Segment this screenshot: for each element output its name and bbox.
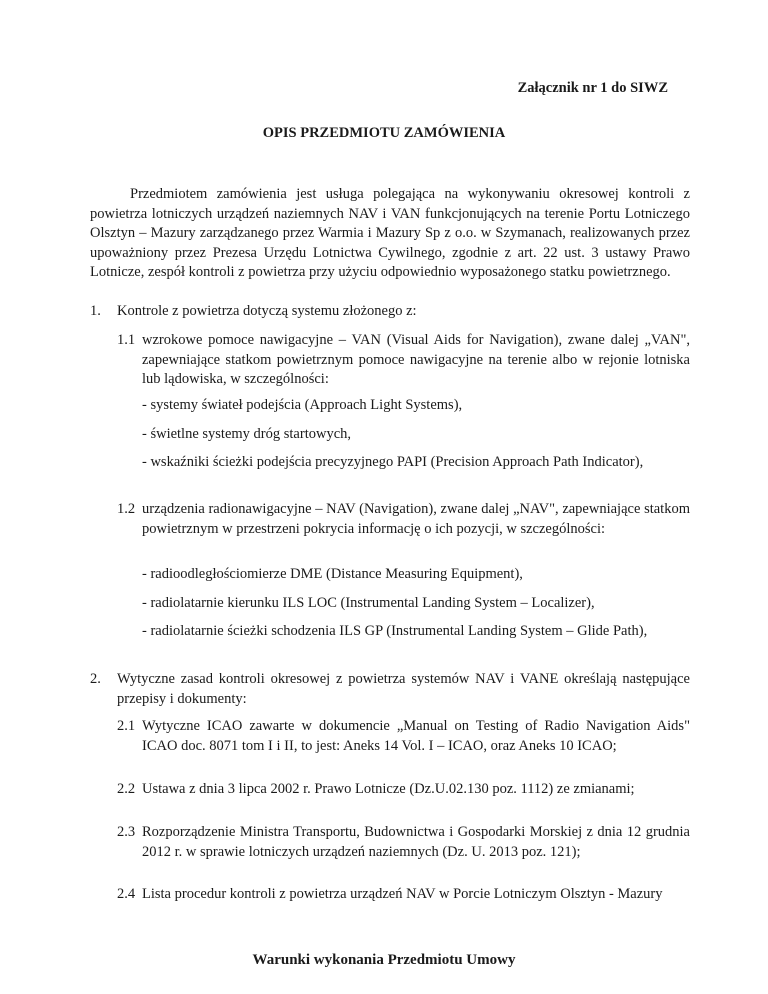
item-text: urządzenia radionawigacyjne – NAV (Navig… xyxy=(142,500,690,539)
section-number: 1. xyxy=(90,302,101,322)
section-2: 2. Wytyczne zasad kontroli okresowej z p… xyxy=(90,670,690,709)
section-text: Wytyczne zasad kontroli okresowej z powi… xyxy=(117,670,690,709)
item-text: Rozporządzenie Ministra Transportu, Budo… xyxy=(142,823,690,862)
item-number: 1.1 xyxy=(117,331,135,351)
bullet: - radioodległościomierze DME (Distance M… xyxy=(142,565,690,585)
section-1: 1. Kontrole z powietrza dotyczą systemu … xyxy=(90,302,690,322)
item-number: 2.2 xyxy=(117,780,135,800)
bullet: - świetlne systemy dróg startowych, xyxy=(142,425,690,445)
section-number: 2. xyxy=(90,670,101,690)
intro-paragraph: Przedmiotem zamówienia jest usługa poleg… xyxy=(90,185,690,283)
bullet: - radiolatarnie kierunku ILS LOC (Instru… xyxy=(142,594,690,614)
section-heading: Warunki wykonania Przedmiotu Umowy xyxy=(0,952,768,969)
item-number: 2.1 xyxy=(117,717,135,737)
item-2-1: 2.1 Wytyczne ICAO zawarte w dokumencie „… xyxy=(117,717,690,756)
bullet: - systemy świateł podejścia (Approach Li… xyxy=(142,396,690,416)
item-1-2: 1.2 urządzenia radionawigacyjne – NAV (N… xyxy=(117,500,690,539)
item-text: Ustawa z dnia 3 lipca 2002 r. Prawo Lotn… xyxy=(142,780,690,800)
item-text: wzrokowe pomoce nawigacyjne – VAN (Visua… xyxy=(142,331,690,390)
item-text: Lista procedur kontroli z powietrza urzą… xyxy=(142,885,690,905)
item-number: 2.3 xyxy=(117,823,135,843)
item-1-1: 1.1 wzrokowe pomoce nawigacyjne – VAN (V… xyxy=(117,331,690,390)
item-2-3: 2.3 Rozporządzenie Ministra Transportu, … xyxy=(117,823,690,862)
section-text: Kontrole z powietrza dotyczą systemu zło… xyxy=(117,302,690,322)
item-number: 1.2 xyxy=(117,500,135,520)
item-text: Wytyczne ICAO zawarte w dokumencie „Manu… xyxy=(142,717,690,756)
item-2-2: 2.2 Ustawa z dnia 3 lipca 2002 r. Prawo … xyxy=(117,780,690,800)
bullet: - radiolatarnie ścieżki schodzenia ILS G… xyxy=(142,622,690,642)
document-page: Załącznik nr 1 do SIWZ OPIS PRZEDMIOTU Z… xyxy=(0,0,768,994)
annex-label: Załącznik nr 1 do SIWZ xyxy=(518,80,668,97)
item-2-4: 2.4 Lista procedur kontroli z powietrza … xyxy=(117,885,690,905)
document-title: OPIS PRZEDMIOTU ZAMÓWIENIA xyxy=(0,125,768,142)
item-number: 2.4 xyxy=(117,885,135,905)
bullet: - wskaźniki ścieżki podejścia precyzyjne… xyxy=(142,453,690,473)
